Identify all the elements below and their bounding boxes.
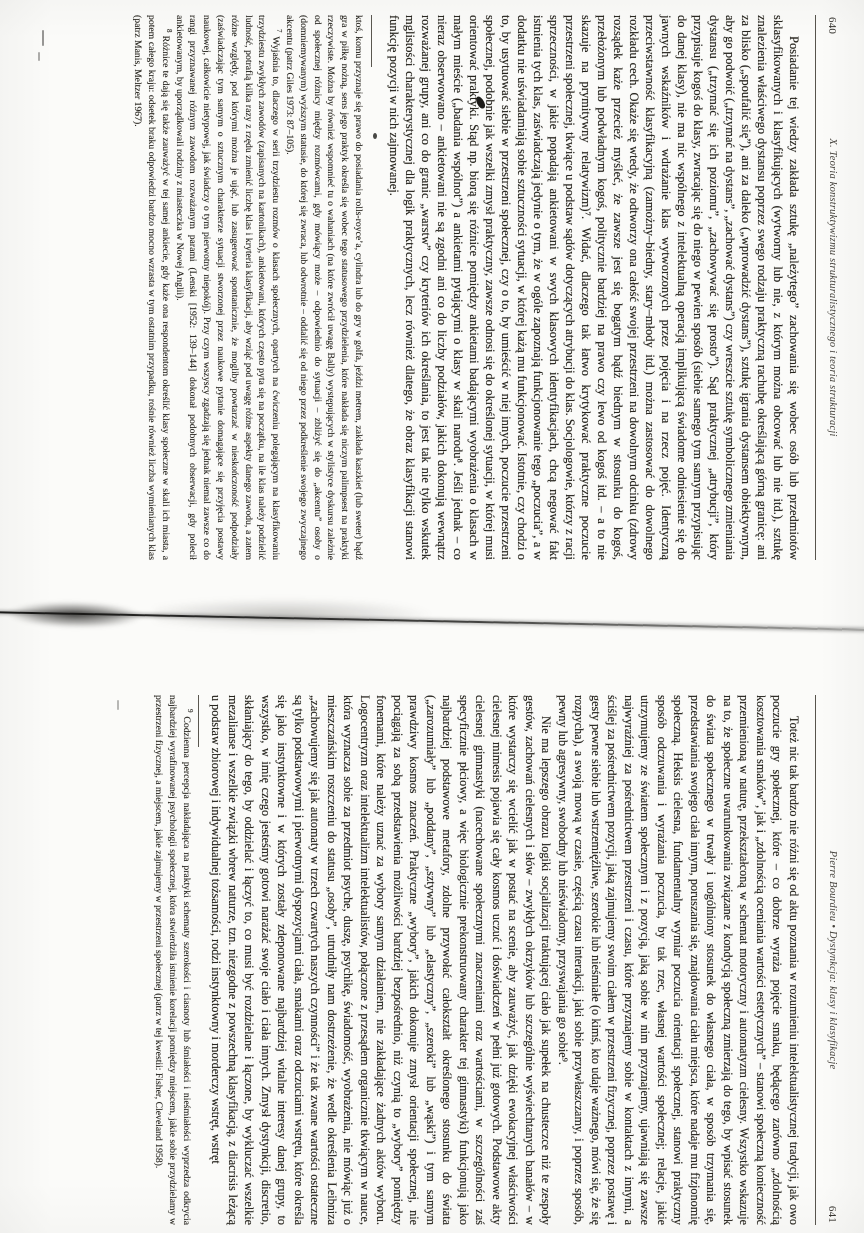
page-640: 640 X. Teoria konstruktywizmu struktural… [0, 15, 864, 560]
footnote-text: Wyjaśnia to, dlaczego w serii trzydziest… [174, 15, 282, 560]
body-text-right: Toteż nic tak bardzo nie różni się od ak… [208, 695, 802, 1225]
ink-speck [38, 52, 40, 61]
running-head-left: 640 X. Teoria konstruktywizmu struktural… [815, 15, 838, 560]
ink-speck [373, 133, 377, 139]
footnote-text: Codzienna percepcja nakładająca na prakt… [153, 695, 192, 1225]
footnote-7: 7 Wyjaśnia to, dlaczego w serii trzydzie… [172, 15, 282, 560]
ink-speck [117, 700, 119, 710]
scanned-book-spread: 640 X. Teoria konstruktywizmu struktural… [0, 0, 864, 1233]
footnote-text: Różnice te dają się także zauważyć w tej… [132, 15, 171, 560]
page-641: Pierre Bourdieu • Dystynkcja: klasy i kl… [0, 695, 864, 1225]
gutter-ink-blob [0, 596, 174, 634]
ink-speck [42, 30, 44, 46]
footnote-8: 8 Różnice te dają się także zauważyć w t… [130, 15, 171, 560]
body-text-left: Posiadanie tej wiedzy zakłada sztukę „na… [386, 15, 802, 560]
running-head-right: Pierre Bourdieu • Dystynkcja: klasy i kl… [815, 695, 838, 1225]
footnote-separator-right [198, 695, 199, 747]
footnote-text: ktoś, komu przyznaje się prawo do posiad… [284, 15, 364, 560]
footnote-separator-left [371, 15, 372, 67]
running-title-right: Pierre Bourdieu • Dystynkcja: klasy i kl… [827, 695, 838, 1225]
running-title-left: X. Teoria konstruktywizmu strukturalisty… [827, 15, 838, 560]
footnotes-right: 9 Codzienna percepcja nakładająca na pra… [152, 695, 193, 1225]
page-number-right: 641 [826, 1206, 838, 1223]
book-spread-rotated: 640 X. Teoria konstruktywizmu struktural… [0, 0, 864, 1233]
footnote-continuation: ktoś, komu przyznaje się prawo do posiad… [282, 15, 365, 560]
body-paragraph: Toteż nic tak bardzo nie różni się od ak… [555, 695, 803, 1225]
page-number-left: 640 [826, 17, 838, 34]
body-paragraph: Posiadanie tej wiedzy zakłada sztukę „na… [386, 15, 802, 560]
gutter-haze-shadow [154, 586, 584, 638]
footnotes-left: ktoś, komu przyznaje się prawo do posiad… [130, 15, 365, 560]
body-paragraph: Nie ma lepszego obrazu logiki socjalizac… [208, 695, 555, 1225]
footnote-9: 9 Codzienna percepcja nakładająca na pra… [152, 695, 193, 1225]
